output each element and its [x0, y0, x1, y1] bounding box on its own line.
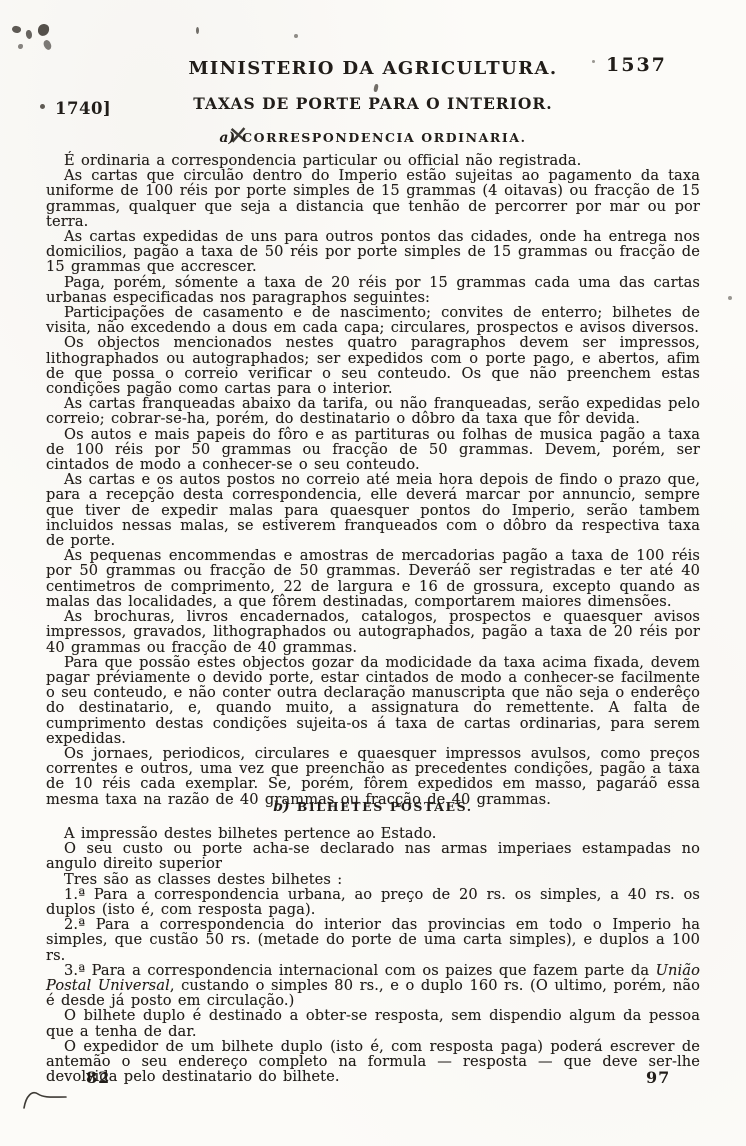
- ink-speck: [728, 296, 732, 300]
- paragraph: Os autos e mais papeis do fôro e as part…: [46, 427, 700, 473]
- document-title: TAXAS DE PORTE PARA O INTERIOR.: [46, 94, 700, 113]
- ministry-header: MINISTERIO DA AGRICULTURA.: [46, 58, 700, 79]
- paragraph: Tres são as classes destes bilhetes :: [46, 872, 700, 887]
- paragraph: Os jornaes, periodicos, circulares e qua…: [46, 746, 700, 807]
- ink-smudge: [37, 23, 50, 36]
- paragraph: As cartas que circulão dentro do Imperio…: [46, 168, 700, 229]
- paragraph: 3.ª Para a correspondencia internacional…: [46, 963, 700, 1009]
- ink-smudge: [25, 29, 33, 39]
- section-letter-b: b): [273, 799, 289, 815]
- paragraph: Participações de casamento e de nascimen…: [46, 305, 700, 335]
- section-title-a: CORRESPONDENCIA ORDINARIA.: [242, 130, 527, 145]
- paragraph: É ordinaria a correspondencia particular…: [46, 153, 700, 168]
- paragraph: Os objectos mencionados nestes quatro pa…: [46, 335, 700, 396]
- section-b-body: A impressão destes bilhetes pertence ao …: [46, 826, 700, 1084]
- paragraph: As pequenas encommendas e amostras de me…: [46, 548, 700, 609]
- scanned-document-page: MINISTERIO DA AGRICULTURA. 1537 1740] TA…: [0, 0, 746, 1146]
- paragraph: 2.ª Para a correspondencia do interior d…: [46, 917, 700, 963]
- section-title-b: BILHETES POSTAES.: [297, 799, 473, 814]
- paragraph: O seu custo ou porte acha-se declarado n…: [46, 841, 700, 871]
- ink-speck: [196, 27, 199, 34]
- paragraph: As cartas e os autos postos no correio a…: [46, 472, 700, 548]
- pen-squiggle-mark: [22, 1086, 74, 1112]
- paragraph: A impressão destes bilhetes pertence ao …: [46, 826, 700, 841]
- section-letter-a: a): [219, 130, 235, 146]
- ink-smudge: [42, 39, 53, 51]
- footer-number-right: 97: [646, 1068, 670, 1087]
- paragraph: As cartas expedidas de uns para outros p…: [46, 229, 700, 275]
- paragraph: O bilhete duplo é destinado a obter-se r…: [46, 1008, 700, 1038]
- paragraph: As brochuras, livros encadernados, catal…: [46, 609, 700, 655]
- footer-number-left: 82: [86, 1068, 110, 1087]
- ink-speck: [294, 34, 298, 38]
- paragraph: 1.ª Para a correspondencia urbana, ao pr…: [46, 887, 700, 917]
- section-heading-a: a)CORRESPONDENCIA ORDINARIA.: [46, 130, 700, 146]
- section-a-body: É ordinaria a correspondencia particular…: [46, 153, 700, 807]
- page-number: 1537: [606, 54, 667, 76]
- paragraph: Para que possão estes objectos gozar da …: [46, 655, 700, 746]
- ink-speck: [373, 84, 379, 93]
- paragraph: Paga, porém, sómente a taxa de 20 réis p…: [46, 275, 700, 305]
- paragraph: O expedidor de um bilhete duplo (isto é,…: [46, 1039, 700, 1085]
- ink-smudge: [11, 25, 22, 35]
- paragraph: As cartas franqueadas abaixo da tarifa, …: [46, 396, 700, 426]
- ink-smudge: [18, 44, 23, 49]
- section-heading-b: b)BILHETES POSTAES.: [46, 799, 700, 815]
- ink-speck: [40, 104, 45, 109]
